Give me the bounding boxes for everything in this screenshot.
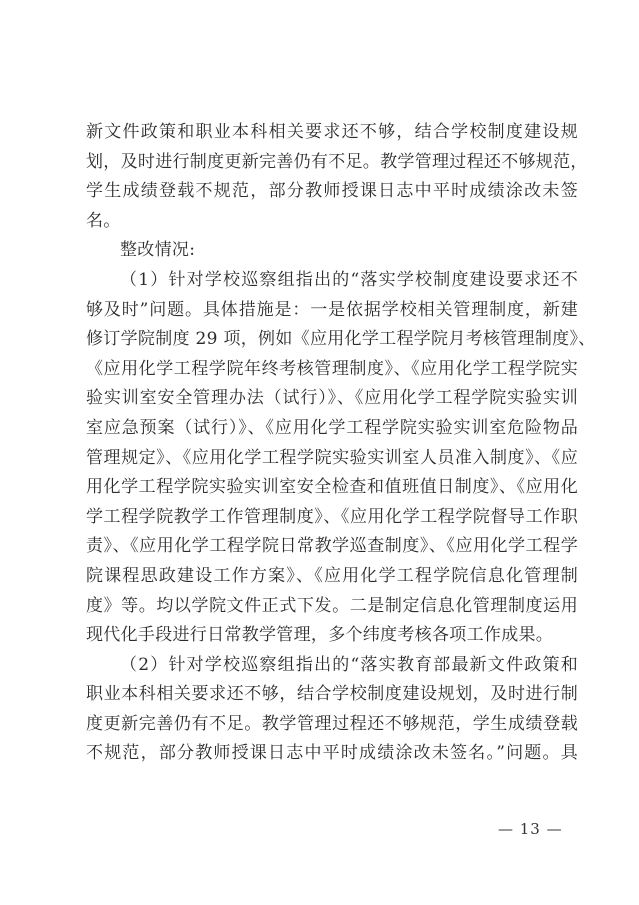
text-line: （1）针对学校巡察组指出的“落实学校制度建设要求还不 bbox=[86, 266, 578, 296]
text-line: 修订学院制度 29 项，例如《应用化学工程学院月考核管理制度》、 bbox=[86, 325, 578, 355]
text-line: （2）针对学校巡察组指出的“落实教育部最新文件政策和 bbox=[86, 651, 578, 681]
body-text: 新文件政策和职业本科相关要求还不够，结合学校制度建设规划，及时进行制度更新完善仍… bbox=[86, 118, 578, 769]
text-line: 名。 bbox=[86, 207, 578, 237]
text-line: 院课程思政建设工作方案》、《应用化学工程学院信息化管理制 bbox=[86, 562, 578, 592]
text-line: 新文件政策和职业本科相关要求还不够，结合学校制度建设规 bbox=[86, 118, 578, 148]
text-line: 现代化手段进行日常教学管理，多个纬度考核各项工作成果。 bbox=[86, 621, 578, 651]
document-page: 新文件政策和职业本科相关要求还不够，结合学校制度建设规划，及时进行制度更新完善仍… bbox=[0, 0, 639, 905]
text-line: 验实训室安全管理办法（试行）》、《应用化学工程学院实验实训 bbox=[86, 384, 578, 414]
text-line: 用化学工程学院实验实训室安全检查和值班值日制度》、《应用化 bbox=[86, 473, 578, 503]
text-line: 职业本科相关要求还不够，结合学校制度建设规划，及时进行制 bbox=[86, 680, 578, 710]
text-line: 责》、《应用化学工程学院日常教学巡查制度》、《应用化学工程学 bbox=[86, 532, 578, 562]
text-line: 《应用化学工程学院年终考核管理制度》、《应用化学工程学院实 bbox=[86, 355, 578, 385]
text-line: 学工程学院教学工作管理制度》、《应用化学工程学院督导工作职 bbox=[86, 503, 578, 533]
text-line: 划，及时进行制度更新完善仍有不足。教学管理过程还不够规范， bbox=[86, 148, 578, 178]
text-line: 学生成绩登载不规范，部分教师授课日志中平时成绩涂改未签 bbox=[86, 177, 578, 207]
text-line: 够及时”问题。具体措施是：一是依据学校相关管理制度，新建 bbox=[86, 296, 578, 326]
text-line: 管理规定》、《应用化学工程学院实验实训室人员准入制度》、《应 bbox=[86, 444, 578, 474]
text-line: 度》等。均以学院文件正式下发。二是制定信息化管理制度运用 bbox=[86, 592, 578, 622]
page-number: — 13 — bbox=[498, 820, 563, 838]
text-line: 度更新完善仍有不足。教学管理过程还不够规范，学生成绩登载 bbox=[86, 710, 578, 740]
text-line: 室应急预案（试行）》、《应用化学工程学院实验实训室危险物品 bbox=[86, 414, 578, 444]
text-line: 不规范，部分教师授课日志中平时成绩涂改未签名。”问题。具 bbox=[86, 739, 578, 769]
text-line: 整改情况: bbox=[86, 236, 578, 266]
